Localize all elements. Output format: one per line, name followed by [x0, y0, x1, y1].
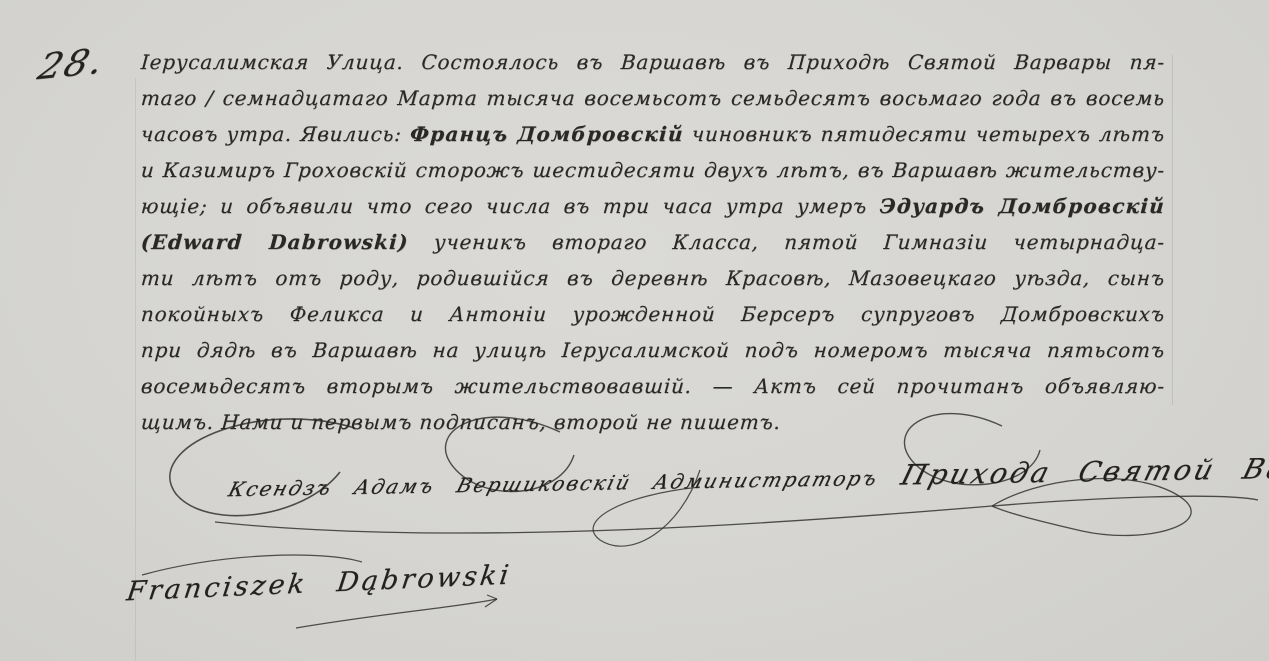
left-margin-rule — [135, 78, 136, 661]
flourish-stroke — [215, 496, 1258, 533]
record-line: (Edward Dabrowski) ученикъ втораго Класс… — [140, 224, 1167, 260]
line-text: при дядѣ въ Варшавѣ на улицѣ Іерусалимск… — [140, 338, 1166, 362]
record-body-text: Іерусалимская Улица. Состоялось въ Варша… — [141, 44, 1165, 440]
emphasized-name: (Edward Dabrowski) — [140, 230, 409, 254]
official-signature: Ксендзъ Адамъ Вершиковскій Администратор… — [225, 454, 1178, 503]
record-line: при дядѣ въ Варшавѣ на улицѣ Іерусалимск… — [140, 332, 1167, 368]
line-text: ученикъ втораго Класса, пятой Гимназіи ч… — [408, 230, 1166, 254]
emphasized-name: Францъ Домбровскій — [409, 122, 684, 146]
record-line: покойныхъ Феликса и Антоніи урожденной Б… — [140, 296, 1167, 332]
record-line: щимъ. Нами и первымъ подписанъ, второй н… — [140, 404, 1167, 440]
record-line: и Казимиръ Гроховскій сторожъ шестидесят… — [140, 152, 1167, 188]
scanned-document-page: 28. Іерусалимская Улица. Состоялось въ В… — [0, 0, 1269, 661]
line-text: и Казимиръ Гроховскій сторожъ шестидесят… — [140, 158, 1166, 182]
record-line: Іерусалимская Улица. Состоялось въ Варша… — [140, 44, 1167, 80]
record-line: ющіе; и объявили что сего числа въ три ч… — [140, 188, 1167, 224]
witness-signature: Franciszek Dąbrowski — [125, 560, 514, 608]
line-text: покойныхъ Феликса и Антоніи урожденной Б… — [140, 302, 1166, 326]
line-text: восемьдесятъ вторымъ жительствовавшій. —… — [140, 374, 1166, 398]
parish-signature-part: Прихода Святой Варвары — [898, 450, 1269, 492]
line-text: чиновникъ пятидесяти четырехъ лѣтъ — [683, 122, 1166, 146]
record-line: восемьдесятъ вторымъ жительствовавшій. —… — [140, 368, 1167, 404]
flourish-stroke — [485, 595, 497, 607]
record-line: часовъ утра. Явились: Францъ Домбровскій… — [140, 116, 1167, 152]
priest-signature: Ксендзъ Адамъ Вершиковскій Администратор… — [226, 466, 882, 501]
record-number: 28. — [34, 41, 110, 88]
record-line: ти лѣтъ отъ роду, родившійся въ деревнѣ … — [140, 260, 1167, 296]
emphasized-name: Эдуардъ Домбровскій — [879, 194, 1166, 218]
record-line: таго / семнадцатаго Марта тысяча восемьс… — [140, 80, 1167, 116]
line-text: ющіе; и объявили что сего числа въ три ч… — [140, 194, 880, 218]
line-text: таго / семнадцатаго Марта тысяча восемьс… — [140, 86, 1166, 110]
line-text: ти лѣтъ отъ роду, родившійся въ деревнѣ … — [140, 266, 1166, 290]
line-text: часовъ утра. Явились: — [140, 122, 411, 146]
line-text: Іерусалимская Улица. Состоялось въ Варша… — [140, 50, 1166, 74]
line-text: щимъ. Нами и первымъ подписанъ, второй н… — [140, 410, 782, 434]
flourish-stroke — [296, 599, 497, 628]
right-margin-rule — [1172, 55, 1173, 405]
